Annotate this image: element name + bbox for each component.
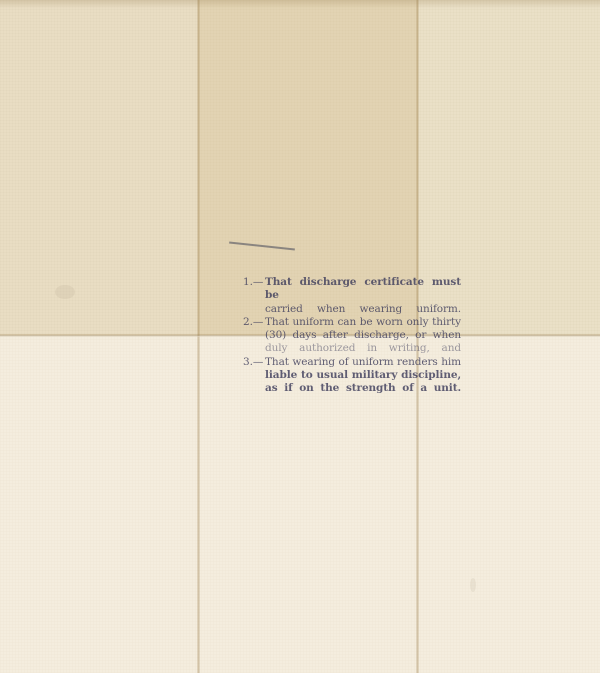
stain-mark <box>470 578 476 592</box>
top-edge-shadow <box>0 0 600 8</box>
clause-line: carried when wearing uniform. <box>265 303 461 316</box>
clause-line: liable to usual military discipline, <box>265 369 461 382</box>
clause-line: That wearing of uniform renders him <box>265 356 461 369</box>
conditions-stamp: 1.— That discharge certificate must be c… <box>243 276 461 396</box>
fold-panel-top-left <box>0 0 198 335</box>
clause-2: 2.— That uniform can be worn only thirty… <box>243 316 461 356</box>
clause-text: That wearing of uniform renders him liab… <box>265 356 461 396</box>
clause-line: duly authorized in writing, and <box>265 342 461 355</box>
clause-text: That uniform can be worn only thirty (30… <box>265 316 461 356</box>
clause-3: 3.— That wearing of uniform renders him … <box>243 356 461 396</box>
clause-line: That uniform can be worn only thirty <box>265 316 461 329</box>
clause-line: as if on the strength of a unit. <box>265 382 461 395</box>
clause-number: 1.— <box>243 276 265 316</box>
clause-line: That discharge certificate must be <box>265 276 461 303</box>
clause-number: 2.— <box>243 316 265 356</box>
clause-text: That discharge certificate must be carri… <box>265 276 461 316</box>
clause-number: 3.— <box>243 356 265 396</box>
clause-line: (30) days after discharge, or when <box>265 329 461 342</box>
document-sheet: 1.— That discharge certificate must be c… <box>0 0 600 673</box>
clause-1: 1.— That discharge certificate must be c… <box>243 276 461 316</box>
stain-mark <box>55 285 75 299</box>
